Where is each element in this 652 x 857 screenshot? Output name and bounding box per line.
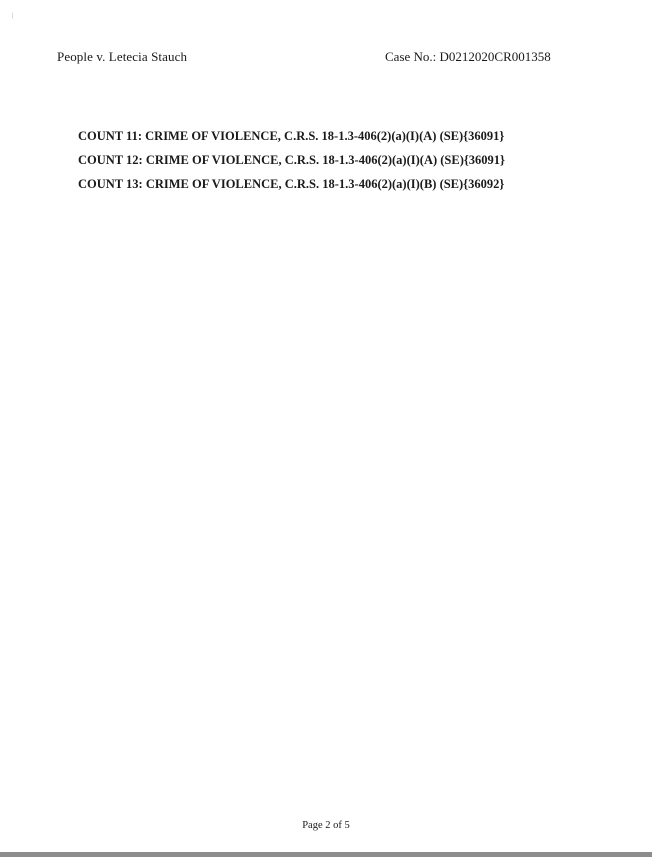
page-separator xyxy=(0,852,652,857)
count-line: COUNT 13: CRIME OF VIOLENCE, C.R.S. 18-1… xyxy=(78,172,505,196)
case-number: Case No.: D0212020CR001358 xyxy=(385,49,551,65)
counts-list: COUNT 11: CRIME OF VIOLENCE, C.R.S. 18-1… xyxy=(78,124,505,196)
scan-mark: | xyxy=(12,13,13,19)
document-page: | People v. Letecia Stauch Case No.: D02… xyxy=(0,0,652,852)
count-line: COUNT 12: CRIME OF VIOLENCE, C.R.S. 18-1… xyxy=(78,148,505,172)
page-number: Page 2 of 5 xyxy=(0,820,652,831)
count-line: COUNT 11: CRIME OF VIOLENCE, C.R.S. 18-1… xyxy=(78,124,505,148)
case-caption: People v. Letecia Stauch xyxy=(57,49,187,65)
